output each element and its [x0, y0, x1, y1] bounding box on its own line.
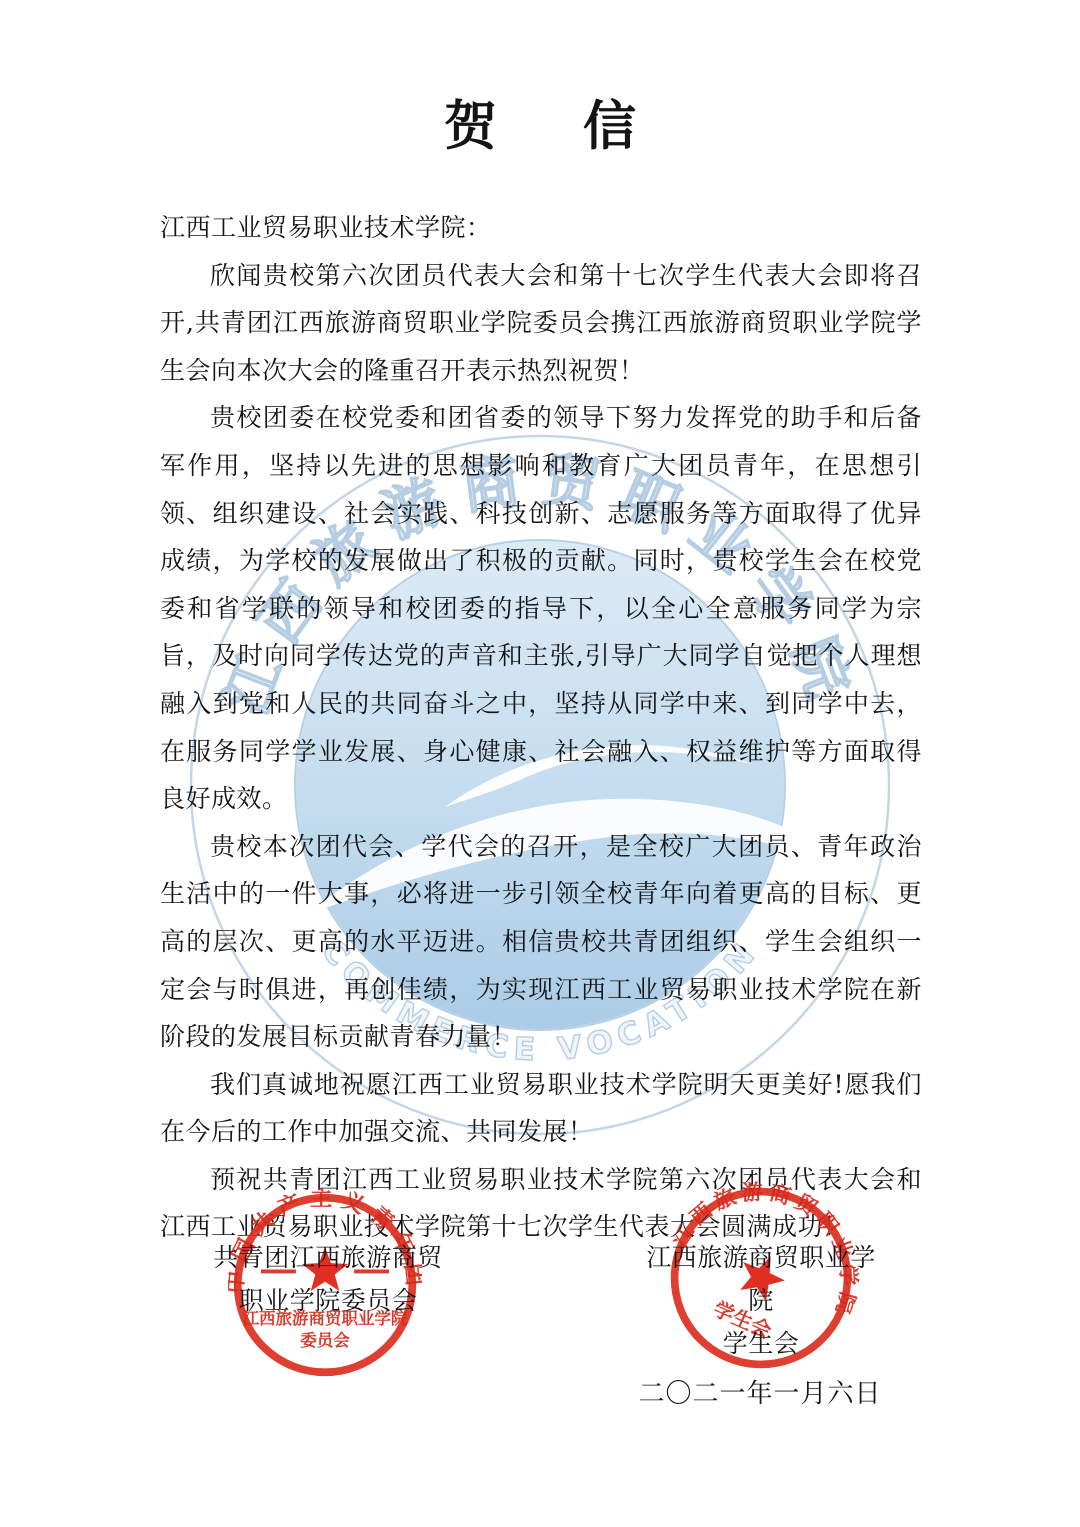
signature-line: 江西旅游商贸职业学院 [635, 1236, 887, 1322]
letter-title: 贺 信 [0, 96, 1080, 156]
letter-page: 江西旅游商贸职业学院 COMMERCE VOCATION 贺 信 江西工业贸易职… [0, 0, 1080, 1527]
letter-date: 二〇二一年一月六日 [630, 1373, 890, 1410]
paragraph-1: 欣闻贵校第六次团员代表大会和第十七次学生代表大会即将召开,共青团江西旅游商贸职业… [160, 252, 922, 395]
signature-line: 共青团江西旅游商贸 [203, 1236, 453, 1279]
recipient-line: 江西工业贸易职业技术学院： [160, 204, 922, 252]
signature-committee: 共青团江西旅游商贸 职业学院委员会 [203, 1236, 453, 1322]
paragraph-4: 我们真诚地祝愿江西工业贸易职业技术学院明天更美好!愿我们在今后的工作中加强交流、… [160, 1061, 922, 1156]
paragraph-2: 贵校团委在校党委和团省委的领导下努力发挥党的助手和后备军作用，坚持以先进的思想影… [160, 394, 922, 822]
seal-inner-text: 委员会 [300, 1330, 350, 1350]
signature-line: 职业学院委员会 [203, 1279, 453, 1322]
title-char: 信 [583, 96, 636, 156]
paragraph-3: 贵校本次团代会、学代会的召开，是全校广大团员、青年政治生活中的一件大事，必将进一… [160, 823, 922, 1061]
signature-student-union: 江西旅游商贸职业学院 学生会 [635, 1236, 887, 1365]
title-char: 贺 [444, 96, 497, 156]
signature-line: 学生会 [635, 1322, 887, 1365]
letter-body: 江西工业贸易职业技术学院： 欣闻贵校第六次团员代表大会和第十七次学生代表大会即将… [160, 204, 922, 1251]
